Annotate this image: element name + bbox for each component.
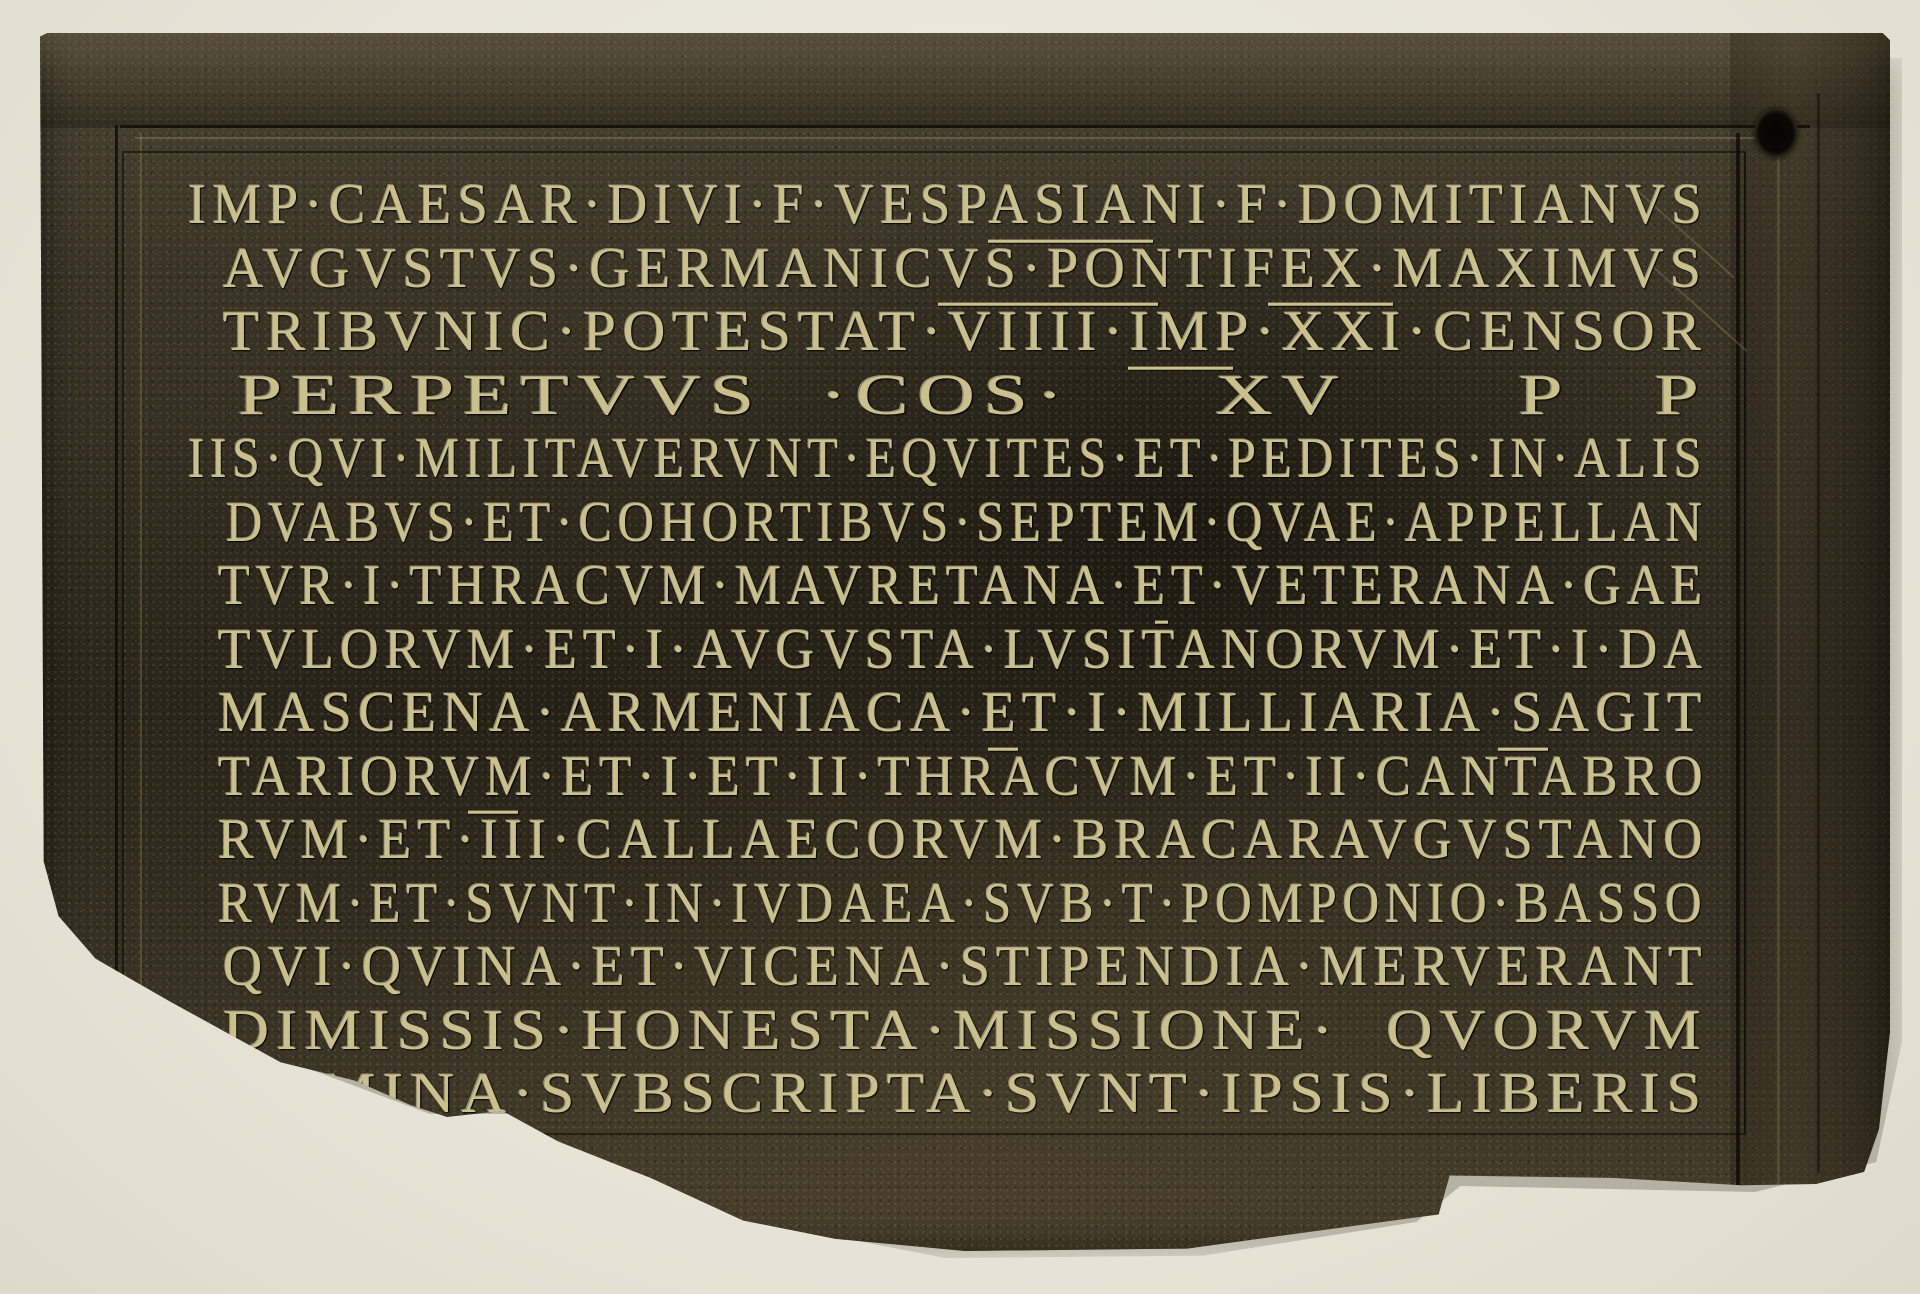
inscription-line-7: TVR·I·THRACVM·MAVRETANA·ET·VETERANA·GAE <box>148 552 1838 619</box>
inscription-line-6: DVABVS·ET·COHORTIBVS·SEPTEM·QVAE·APPELLA… <box>148 489 1838 556</box>
inscription-line-2: AVGVSTVS·GERMANICVS·PONTIFEX·MAXIMVS <box>148 235 1838 302</box>
rim-groove-left <box>115 125 118 1085</box>
rim-groove-top <box>120 125 1810 128</box>
numeral-overline <box>988 239 1153 242</box>
nail-hole-icon <box>1754 108 1798 158</box>
inscription-line-12: RVM·ET·SVNT·IN·IVDAEA·SVB·T·POMPONIO·BAS… <box>148 870 1838 937</box>
numeral-overline <box>988 747 1018 750</box>
inscription-line-5: IIS·QVI·MILITAVERVNT·EQVITES·ET·PEDITES·… <box>148 425 1838 492</box>
numeral-overline <box>468 811 518 814</box>
inscription-line-15: NOMINA·SVBSCRIPTA·SVNT·IPSIS·LIBERIS <box>148 1060 1838 1127</box>
inscription-line-9: MASCENA·ARMENIACA·ET·I·MILLIARIA·SAGIT <box>148 679 1838 746</box>
inscription-line-1: IMP·CAESAR·DIVI·F·VESPASIANI·F·DOMITIANV… <box>148 171 1838 238</box>
inscription-line-3: TRIBVNIC·POTESTAT·VIIII·IMP·XXI·CENSOR <box>148 298 1838 365</box>
rim-ridge-top <box>135 137 1780 139</box>
bronze-diploma-plate: IMP·CAESAR·DIVI·F·VESPASIANI·F·DOMITIANV… <box>40 33 1890 1251</box>
inscription-line-14: DIMISSIS·HONESTA·MISSIONE· QVORVM <box>148 997 1838 1064</box>
numeral-overline <box>1155 620 1168 623</box>
inscription-line-11: RVM·ET·III·CALLAECORVM·BRACARAVGVSTANO <box>148 806 1838 873</box>
top-rim <box>40 33 1890 128</box>
numeral-overline <box>1498 747 1548 750</box>
inscription-line-13: QVI·QVINA·ET·VICENA·STIPENDIA·MERVERANT <box>148 933 1838 1000</box>
inscription-line-8: TVLORVM·ET·I·AVGVSTA·LVSITANORVM·ET·I·DA <box>148 616 1838 683</box>
numeral-overline <box>1128 366 1233 369</box>
inscription-line-4: PERPETVVS ·COS· XV P P <box>148 362 1838 429</box>
photo-scene: IMP·CAESAR·DIVI·F·VESPASIANI·F·DOMITIANV… <box>0 0 1920 1294</box>
inscription-text: IMP·CAESAR·DIVI·F·VESPASIANI·F·DOMITIANV… <box>148 173 1838 1126</box>
inscription-line-10: TARIORVM·ET·I·ET·II·THRACVM·ET·II·CANTAB… <box>148 743 1838 810</box>
numeral-overline <box>938 303 1158 306</box>
numeral-overline <box>1268 303 1393 306</box>
